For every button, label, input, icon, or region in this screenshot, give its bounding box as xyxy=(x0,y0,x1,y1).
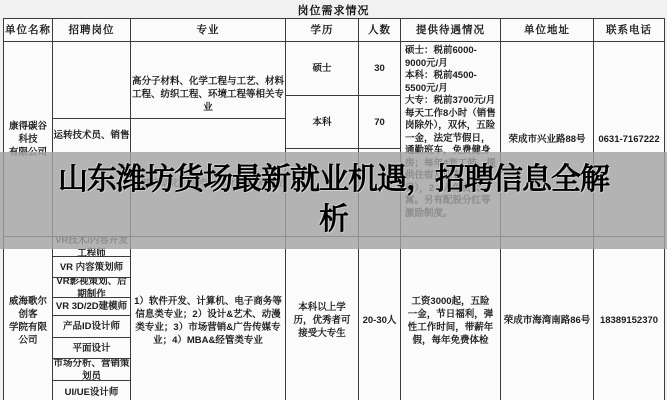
company1-count-bachelor: 70 xyxy=(359,96,401,149)
company1-education-master: 硕士 xyxy=(286,42,359,96)
header-benefits: 提供待遇情况 xyxy=(401,19,501,42)
company2-address: 荣成市海湾南路86号 xyxy=(501,237,594,400)
company2-position-row: UI/UE设计师 xyxy=(53,381,131,400)
company2-position-row: 市场分析、营销策划员 xyxy=(53,359,131,381)
header-major: 专业 xyxy=(131,19,286,42)
company1-position-cell-1 xyxy=(53,42,131,119)
company2-count: 20-30人 xyxy=(359,237,401,400)
overlay-banner: 山东潍坊货场最新就业机遇，招聘信息全解 析 xyxy=(0,152,667,249)
recruitment-table-page: 岗位需求情况 单位名称 招聘岗位 专业 学历 人数 提供待遇情况 单位地址 联系… xyxy=(0,0,667,400)
company1-education-bachelor: 本科 xyxy=(286,96,359,149)
company2-name: 威海歌尔 创客 学院有限 公司 xyxy=(4,237,53,400)
header-headcount: 人数 xyxy=(359,19,401,42)
company2-position-row: VR 内容策划师 xyxy=(53,257,131,278)
company2-major: 1）软件开发、计算机、电子商务等信息类专业；2）设计&艺术、动漫类专业；3）市场… xyxy=(131,237,286,400)
page-title: 岗位需求情况 xyxy=(0,2,667,18)
company2-position-row: VR 3D/2D建模师 xyxy=(53,298,131,316)
header-unit-name: 单位名称 xyxy=(4,19,53,42)
header-phone: 联系电话 xyxy=(594,19,665,42)
company2-benefits: 工资3000起，五险一金，节日福利，弹性工作时间，带薪年假，每年免费体检 xyxy=(401,237,501,400)
company2-phone: 18389152370 xyxy=(594,237,665,400)
company2-education: 本科以上学历，优秀者可接受大专生 xyxy=(286,237,359,400)
header-education: 学历 xyxy=(286,19,359,42)
company1-major-cell-1: 高分子材料、化学工程与工艺、材料工程、纺织工程、环境工程等相关专业 xyxy=(131,42,286,119)
company2-position-row: VR影视策划、后期制作 xyxy=(53,278,131,298)
company1-count-master: 30 xyxy=(359,42,401,96)
banner-title-line2: 析 xyxy=(0,200,667,240)
header-address: 单位地址 xyxy=(501,19,594,42)
header-position: 招聘岗位 xyxy=(53,19,131,42)
company2-position-row: 产品ID设计师 xyxy=(53,316,131,338)
company2-position-row: 平面设计 xyxy=(53,338,131,359)
banner-title-line1: 山东潍坊货场最新就业机遇，招聘信息全解 xyxy=(0,160,667,200)
